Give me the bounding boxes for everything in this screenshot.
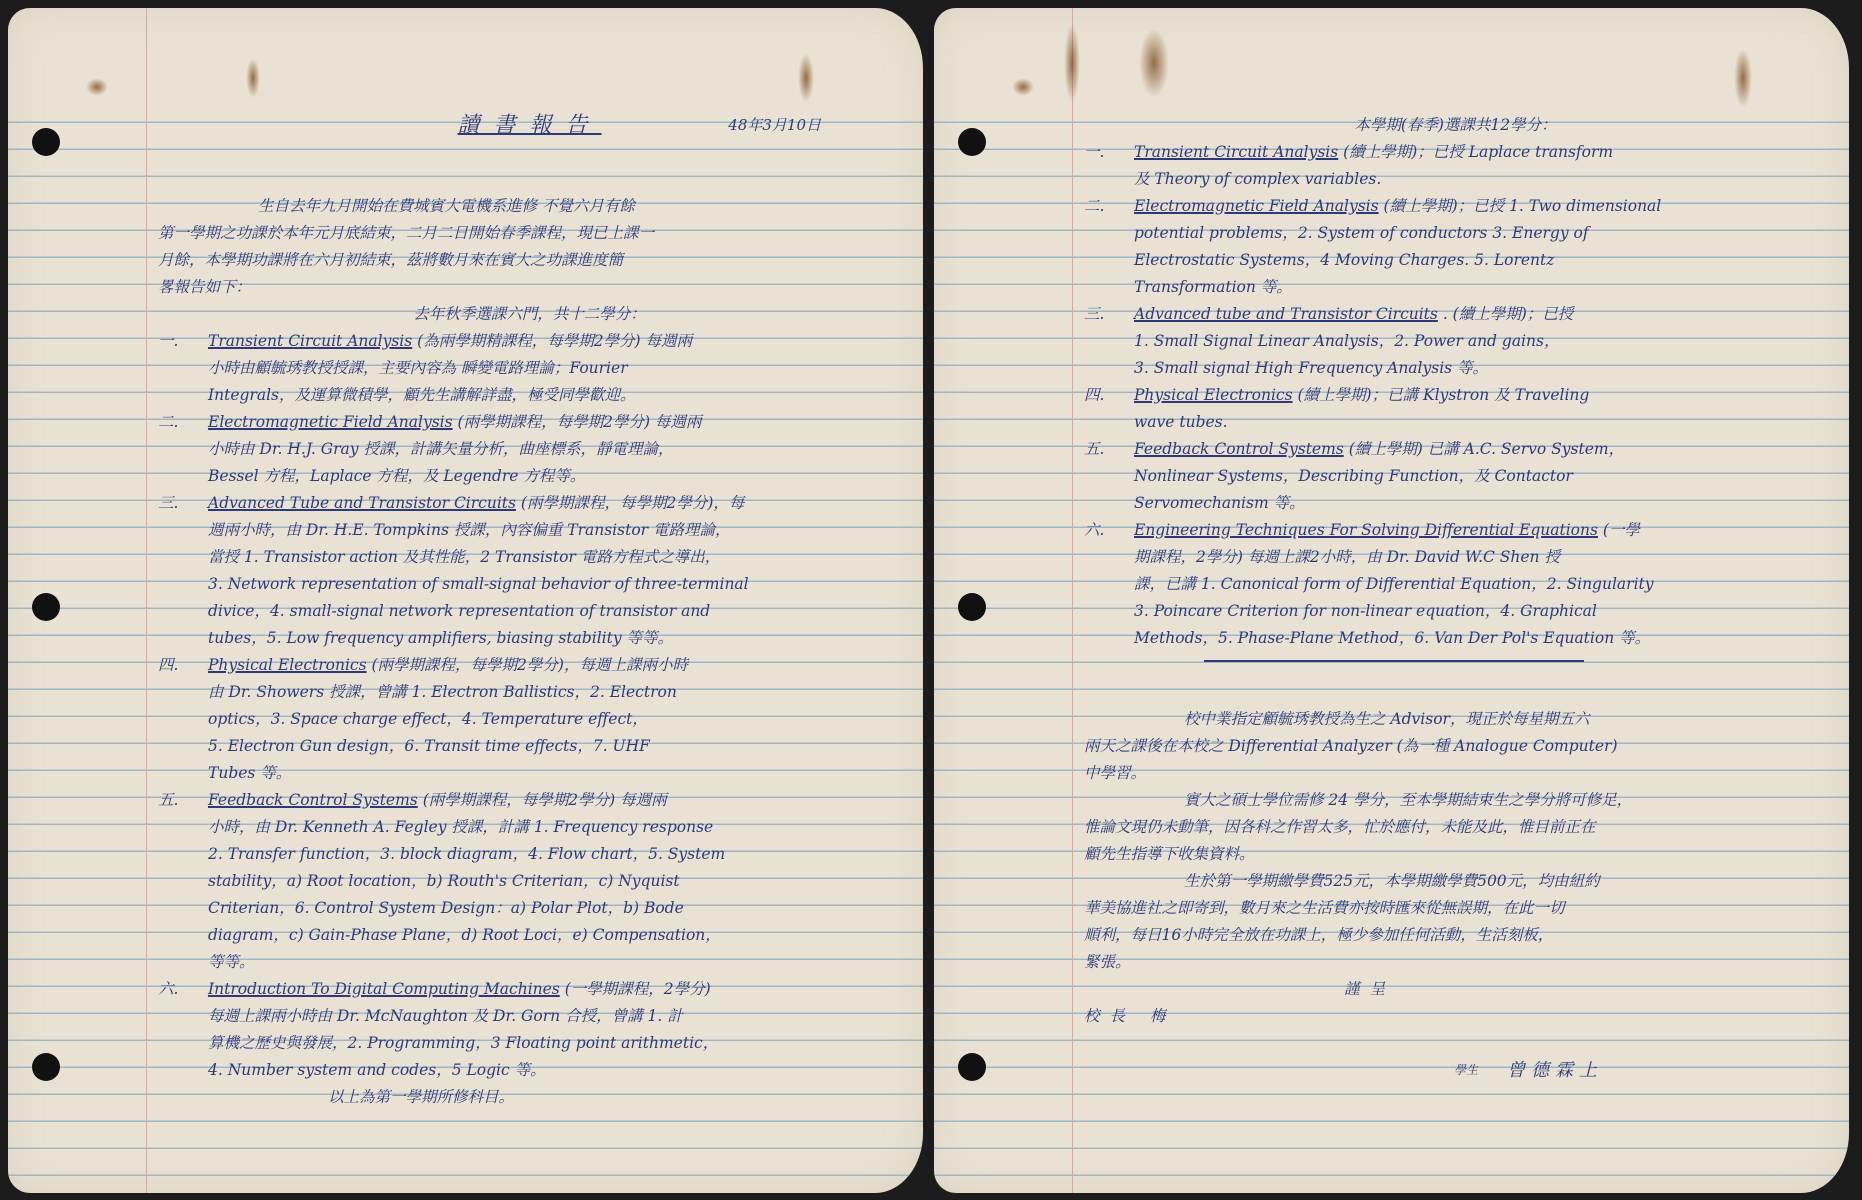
course-heading: 五.Feedback Control Systems (續上學期) 已講 A.C…: [1084, 436, 1827, 463]
course-detail: 等等。: [158, 949, 901, 976]
course-number: 二.: [1084, 193, 1134, 220]
rust-stain: [1064, 23, 1080, 103]
course-name: Electromagnetic Field Analysis: [208, 413, 453, 431]
course-number: 三.: [1084, 301, 1134, 328]
left-page-content: 讀書報告 48年3月10日 於費城 生自去年九月開始在費城賓大電機系進修 不覺六…: [158, 112, 901, 1111]
course-detail: 當授 1. Transistor action 及其性能，2 Transisto…: [158, 544, 901, 571]
closing-line: 以上為第一學期所修科目。: [158, 1084, 901, 1111]
course-name: Advanced Tube and Transistor Circuits: [208, 494, 516, 512]
course-number: 六.: [1084, 517, 1134, 544]
course-detail: 期課程，2學分) 每週上課2小時，由 Dr. David W.C Shen 授: [1084, 544, 1827, 571]
course-name: Transient Circuit Analysis: [1134, 143, 1338, 161]
course-detail: 1. Small Signal Linear Analysis，2. Power…: [1084, 328, 1827, 355]
signature-name: 曾德霖上: [1507, 1060, 1603, 1081]
course-number: 四.: [1084, 382, 1134, 409]
course-heading: 一.Transient Circuit Analysis (續上學期)；已授 L…: [1084, 139, 1827, 166]
course-detail: (續上學期)；已講 Klystron 及 Traveling: [1298, 386, 1590, 404]
rust-stain: [246, 58, 260, 98]
course-name: Engineering Techniques For Solving Diffe…: [1134, 521, 1598, 539]
course-detail: potential problems，2. System of conducto…: [1084, 220, 1827, 247]
section-divider: [1204, 660, 1584, 662]
course-detail: (一學期課程，2學分): [565, 980, 711, 998]
course-detail: Nonlinear Systems，Describing Function，及 …: [1084, 463, 1827, 490]
course-detail: divice，4. small-signal network represent…: [158, 598, 901, 625]
course-detail: 算機之歷史與發展，2. Programming，3 Floating point…: [158, 1030, 901, 1057]
course-detail: 4. Number system and codes，5 Logic 等。: [158, 1057, 901, 1084]
course-heading: 三.Advanced tube and Transistor Circuits …: [1084, 301, 1827, 328]
rust-stain: [86, 78, 108, 96]
intro-line: 畧報告如下：: [158, 274, 901, 301]
spring-heading: 本學期(春季)選課共12學分：: [1084, 112, 1827, 139]
respectfully-submitted: 謹呈: [1084, 976, 1827, 1003]
rust-stain: [1734, 48, 1752, 108]
course-number: 二.: [158, 409, 208, 436]
binder-hole: [32, 128, 60, 156]
binder-hole: [958, 128, 986, 156]
course-detail: (為兩學期精課程，每學期2學分) 每週兩: [417, 332, 692, 350]
course-detail: Servomechanism 等。: [1084, 490, 1827, 517]
right-notebook-page: 本學期(春季)選課共12學分： 一.Transient Circuit Anal…: [934, 8, 1849, 1193]
course-heading: 六.Engineering Techniques For Solving Dif…: [1084, 517, 1827, 544]
margin-line: [146, 8, 147, 1193]
course-detail: wave tubes.: [1084, 409, 1827, 436]
intro-line: 月餘，本學期功課將在六月初結束，茲將數月來在賓大之功課進度簡: [158, 247, 901, 274]
degree-paragraph-line: 賓大之碩士學位需修 24 學分，至本學期結束生之學分將可修足，: [1084, 787, 1827, 814]
course-heading: 一.Transient Circuit Analysis (為兩學期精課程，每學…: [158, 328, 901, 355]
course-detail: (兩學期課程，每學期2學分) 每週兩: [423, 791, 667, 809]
tuition-paragraph-line: 華美協進社之即寄到，數月來之生活費亦按時匯來從無誤期，在此一切: [1084, 895, 1827, 922]
course-detail: optics，3. Space charge effect，4. Tempera…: [158, 706, 901, 733]
course-detail: 2. Transfer function，3. block diagram，4.…: [158, 841, 901, 868]
course-name: Feedback Control Systems: [1134, 440, 1344, 458]
margin-line: [1072, 8, 1073, 1193]
binder-hole: [958, 593, 986, 621]
course-detail: 小時由 Dr. H.J. Gray 授課，計講矢量分析，曲座標系，靜電理論，: [158, 436, 901, 463]
course-detail: 及 Theory of complex variables.: [1084, 166, 1827, 193]
course-number: 一.: [158, 328, 208, 355]
intro-line: 第一學期之功課於本年元月底結束，二月二日開始春季課程，現已上課一: [158, 220, 901, 247]
intro-line: 生自去年九月開始在費城賓大電機系進修 不覺六月有餘: [158, 193, 901, 220]
course-heading: 四.Physical Electronics (續上學期)；已講 Klystro…: [1084, 382, 1827, 409]
course-number: 六.: [158, 976, 208, 1003]
tuition-paragraph-line: 緊張。: [1084, 949, 1827, 976]
course-number: 三.: [158, 490, 208, 517]
course-detail: 小時由顧毓琇教授授課，主要內容為 瞬變電路理論；Fourier: [158, 355, 901, 382]
course-detail: (續上學期) 已講 A.C. Servo System，: [1349, 440, 1624, 458]
rust-stain: [1012, 78, 1034, 96]
advisor-paragraph-line: 兩天之課後在本校之 Differential Analyzer (為一種 Ana…: [1084, 733, 1827, 760]
course-name: Introduction To Digital Computing Machin…: [208, 980, 560, 998]
course-detail: (兩學期課程，每學期2學分)，每週上課兩小時: [372, 656, 688, 674]
course-name: Physical Electronics: [208, 656, 367, 674]
signature: 學生 曾德霖上: [1084, 1057, 1827, 1084]
course-name: Feedback Control Systems: [208, 791, 418, 809]
report-date: 48年3月10日: [728, 112, 821, 139]
course-detail: 3. Poincare Criterion for non-linear equ…: [1084, 598, 1827, 625]
course-detail: tubes，5. Low frequency amplifiers, biasi…: [158, 625, 901, 652]
advisor-paragraph-line: 中學習。: [1084, 760, 1827, 787]
course-detail: Bessel 方程，Laplace 方程，及 Legendre 方程等。: [158, 463, 901, 490]
course-detail: 每週上課兩小時由 Dr. McNaughton 及 Dr. Gorn 合授，曾講…: [158, 1003, 901, 1030]
course-name: Transient Circuit Analysis: [208, 332, 412, 350]
course-detail: stability，a) Root location，b) Routh's Cr…: [158, 868, 901, 895]
course-name: Electromagnetic Field Analysis: [1134, 197, 1379, 215]
course-detail: (續上學期)；已授 Laplace transform: [1343, 143, 1613, 161]
right-page-content: 本學期(春季)選課共12學分： 一.Transient Circuit Anal…: [1084, 112, 1827, 1084]
course-heading: 四.Physical Electronics (兩學期課程，每學期2學分)，每週…: [158, 652, 901, 679]
binder-hole: [32, 593, 60, 621]
course-heading: 五.Feedback Control Systems (兩學期課程，每學期2學分…: [158, 787, 901, 814]
course-detail: 3. Small signal High Frequency Analysis …: [1084, 355, 1827, 382]
course-name: Advanced tube and Transistor Circuits: [1134, 305, 1438, 323]
tuition-paragraph-line: 生於第一學期繳學費525元，本學期繳學費500元，均由紐約: [1084, 868, 1827, 895]
signature-prefix: 學生: [1454, 1063, 1478, 1077]
rust-stain: [1139, 28, 1169, 98]
course-detail: Electrostatic Systems，4 Moving Charges. …: [1084, 247, 1827, 274]
course-heading: 二.Electromagnetic Field Analysis (兩學期課程，…: [158, 409, 901, 436]
course-number: 五.: [1084, 436, 1134, 463]
date-block: 48年3月10日 於費城: [728, 112, 821, 139]
fall-heading: 去年秋季選課六門，共十二學分：: [158, 301, 901, 328]
course-detail: 3. Network representation of small-signa…: [158, 571, 901, 598]
course-detail: 5. Electron Gun design，6. Transit time e…: [158, 733, 901, 760]
course-detail: Transformation 等。: [1084, 274, 1827, 301]
course-detail: Methods，5. Phase-Plane Method，6. Van Der…: [1084, 625, 1827, 652]
course-detail: Integrals，及運算微積學，顧先生講解詳盡，極受同學歡迎。: [158, 382, 901, 409]
rust-stain: [798, 53, 814, 103]
course-number: 五.: [158, 787, 208, 814]
degree-paragraph-line: 顧先生指導下收集資料。: [1084, 841, 1827, 868]
course-detail: . (續上學期)；已授: [1443, 305, 1573, 323]
course-detail: (一學: [1603, 521, 1640, 539]
course-detail: 週兩小時，由 Dr. H.E. Tompkins 授課，內容偏重 Transis…: [158, 517, 901, 544]
course-heading: 三.Advanced Tube and Transistor Circuits …: [158, 490, 901, 517]
tuition-paragraph-line: 順利，每日16小時完全放在功課上，極少參加任何活動，生活刻板，: [1084, 922, 1827, 949]
course-detail: (續上學期)；已授 1. Two dimensional: [1384, 197, 1662, 215]
course-detail: (兩學期課程，每學期2學分) 每週兩: [458, 413, 702, 431]
course-heading: 六.Introduction To Digital Computing Mach…: [158, 976, 901, 1003]
addressee: 校長 梅: [1084, 1003, 1827, 1030]
degree-paragraph-line: 惟論文現仍未動筆，因各科之作習太多，忙於應付，未能及此，惟目前正在: [1084, 814, 1827, 841]
left-notebook-page: 讀書報告 48年3月10日 於費城 生自去年九月開始在費城賓大電機系進修 不覺六…: [8, 8, 923, 1193]
course-detail: Tubes 等。: [158, 760, 901, 787]
course-name: Physical Electronics: [1134, 386, 1293, 404]
course-detail: 由 Dr. Showers 授課，曾講 1. Electron Ballisti…: [158, 679, 901, 706]
binder-hole: [958, 1053, 986, 1081]
course-detail: Criterian，6. Control System Design：a) Po…: [158, 895, 901, 922]
course-detail: 課，已講 1. Canonical form of Differential E…: [1084, 571, 1827, 598]
advisor-paragraph-line: 校中業指定顧毓琇教授為生之 Advisor，現正於每星期五六: [1084, 706, 1827, 733]
binder-hole: [32, 1053, 60, 1081]
course-number: 一.: [1084, 139, 1134, 166]
course-number: 四.: [158, 652, 208, 679]
course-detail: (兩學期課程，每學期2學分)，每: [521, 494, 744, 512]
course-heading: 二.Electromagnetic Field Analysis (續上學期)；…: [1084, 193, 1827, 220]
course-detail: diagram，c) Gain-Phase Plane，d) Root Loci…: [158, 922, 901, 949]
course-detail: 小時，由 Dr. Kenneth A. Fegley 授課，計講 1. Freq…: [158, 814, 901, 841]
